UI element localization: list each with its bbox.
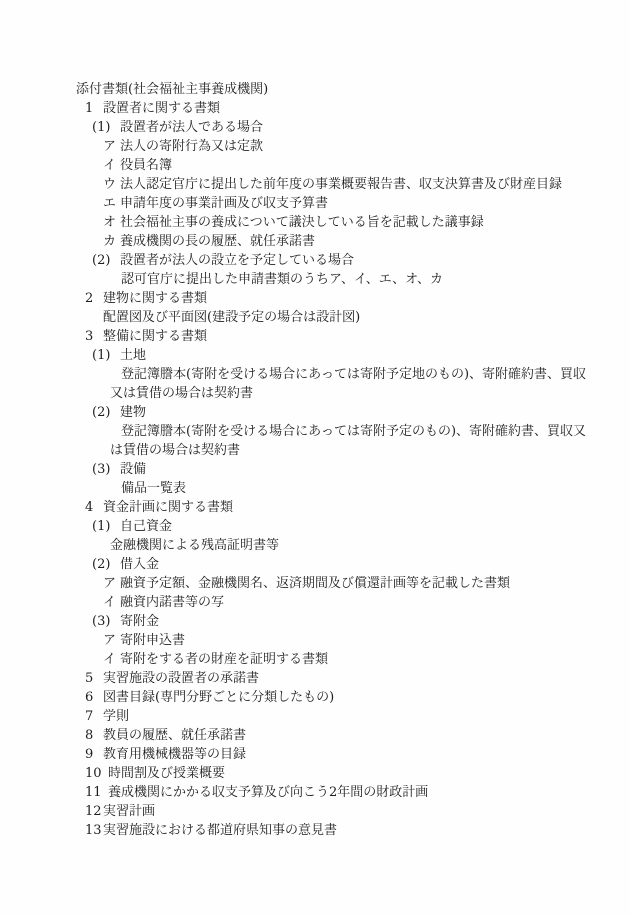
list-item: 6図書目録(専門分野ごとに分類したもの) [0,688,630,707]
list-item: ウ法人認定官庁に提出した前年度の事業概要報告書、収支決算書及び財産目録 [0,175,630,194]
list-item: 11養成機関にかかる収支予算及び向こう2年間の財政計画 [0,783,630,802]
list-item: (2)設置者が法人の設立を予定している場合 [0,251,630,270]
list-item-marker: (1) [92,118,120,137]
list-item: (1)土地 [0,346,630,365]
list-item: 5実習施設の設置者の承諾書 [0,669,630,688]
list-item-marker: ア [103,574,120,593]
list-item-marker: 2 [85,289,103,308]
line-text: 設備 [120,460,146,479]
line-text: 設置者が法人の設立を予定している場合 [120,251,354,270]
list-item-marker: イ [103,593,120,612]
list-item-marker: 7 [85,707,103,726]
list-item: ア融資予定額、金融機関名、返済期間及び償還計画等を記載した書類 [0,574,630,593]
line-text: 申請年度の事業計画及び収支予算書 [120,194,328,213]
line-text: 法人の寄附行為又は定款 [120,137,263,156]
line-text: 金融機関による残高証明書等 [110,536,279,555]
list-item-marker: 1 [85,99,103,118]
list-item-marker: 3 [85,327,103,346]
list-item: (2)借入金 [0,555,630,574]
line-text: 時間割及び授業概要 [108,764,225,783]
list-item-marker: イ [103,650,120,669]
list-item: (2)建物 [0,403,630,422]
list-item-marker: (3) [92,612,120,631]
list-item: 3整備に関する書類 [0,327,630,346]
list-item: 10時間割及び授業概要 [0,764,630,783]
list-item: 1設置者に関する書類 [0,99,630,118]
list-item-marker: 9 [85,745,103,764]
list-item-marker: 8 [85,726,103,745]
continuation-line: 登記簿謄本(寄附を受ける場合にあっては寄附予定のもの)、寄附確約書、買収又 [0,422,630,441]
list-item-marker: (2) [92,403,120,422]
line-text: 寄附金 [120,612,159,631]
list-item: エ申請年度の事業計画及び収支予算書 [0,194,630,213]
line-text: 土地 [120,346,146,365]
list-item: (1)自己資金 [0,517,630,536]
list-item: ア法人の寄附行為又は定款 [0,137,630,156]
line-text: 社会福祉主事の養成について議決している旨を記載した議事録 [120,213,484,232]
list-item-marker: (2) [92,251,120,270]
list-item: ア寄附申込書 [0,631,630,650]
continuation-line: 金融機関による残高証明書等 [0,536,630,555]
line-text: 配置図及び平面図(建設予定の場合は設計図) [103,308,360,327]
continuation-line: 登記簿謄本(寄附を受ける場合にあっては寄附予定地のもの)、寄附確約書、買収 [0,365,630,384]
line-text: 役員名簿 [120,156,172,175]
list-item-marker: (1) [92,517,120,536]
line-text: 登記簿謄本(寄附を受ける場合にあっては寄附予定地のもの)、寄附確約書、買収 [121,365,586,384]
list-item: カ養成機関の長の履歴、就任承諾書 [0,232,630,251]
list-item: 7学則 [0,707,630,726]
line-text: 設置者に関する書類 [103,99,220,118]
list-item: オ社会福祉主事の養成について議決している旨を記載した議事録 [0,213,630,232]
line-text: 教員の履歴、就任承諾書 [103,726,246,745]
list-item: 4資金計画に関する書類 [0,498,630,517]
document-body: 添付書類(社会福祉主事養成機関)1設置者に関する書類(1)設置者が法人である場合… [0,80,630,840]
line-text: 寄附をする者の財産を証明する書類 [120,650,328,669]
line-text: 実習施設の設置者の承諾書 [103,669,259,688]
line-text: 融資内諾書等の写 [120,593,224,612]
line-text: 建物 [120,403,146,422]
line-text: 学則 [103,707,129,726]
list-item-marker: カ [103,232,120,251]
line-text: 養成機関の長の履歴、就任承諾書 [120,232,315,251]
list-item-marker: 13 [85,821,103,840]
line-text: 養成機関にかかる収支予算及び向こう2年間の財政計画 [108,783,428,802]
continuation-line: 又は賃借の場合は契約書 [0,384,630,403]
list-item: イ寄附をする者の財産を証明する書類 [0,650,630,669]
list-item-marker: 4 [85,498,103,517]
line-text: 図書目録(専門分野ごとに分類したもの) [103,688,334,707]
list-item: 9教育用機械機器等の目録 [0,745,630,764]
list-item-marker: ア [103,137,120,156]
continuation-line: 認可官庁に提出した申請書類のうちア、イ、エ、オ、カ [0,270,630,289]
line-text: 資金計画に関する書類 [103,498,233,517]
list-item: 13実習施設における都道府県知事の意見書 [0,821,630,840]
list-item-marker: ウ [103,175,120,194]
line-text: は賃借の場合は契約書 [110,441,240,460]
list-item: (1)設置者が法人である場合 [0,118,630,137]
list-item: (3)寄附金 [0,612,630,631]
list-item-marker: (1) [92,346,120,365]
list-item-marker: イ [103,156,120,175]
list-item: イ役員名簿 [0,156,630,175]
list-item-marker: 6 [85,688,103,707]
line-text: 融資予定額、金融機関名、返済期間及び償還計画等を記載した書類 [120,574,510,593]
line-text: 借入金 [120,555,159,574]
list-item-marker: エ [103,194,120,213]
list-item: 12実習計画 [0,802,630,821]
list-item-marker: 11 [85,783,108,802]
list-item: 2建物に関する書類 [0,289,630,308]
list-item-marker: (2) [92,555,120,574]
list-item-marker: 10 [85,764,108,783]
line-text: 備品一覧表 [121,479,186,498]
line-text: 整備に関する書類 [103,327,207,346]
list-item: イ融資内諾書等の写 [0,593,630,612]
list-item-marker: オ [103,213,120,232]
line-text: 登記簿謄本(寄附を受ける場合にあっては寄附予定のもの)、寄附確約書、買収又 [121,422,586,441]
line-text: 設置者が法人である場合 [120,118,263,137]
line-text: 教育用機械機器等の目録 [103,745,246,764]
list-item-marker: 12 [85,802,103,821]
document-page: { "page": { "background_color": "#fefefe… [0,0,630,916]
continuation-line: 備品一覧表 [0,479,630,498]
list-item-marker: ア [103,631,120,650]
document-title: 添付書類(社会福祉主事養成機関) [0,80,630,99]
line-text: 実習計画 [103,802,155,821]
list-item-marker: (3) [92,460,120,479]
line-text: 実習施設における都道府県知事の意見書 [103,821,337,840]
line-text: 法人認定官庁に提出した前年度の事業概要報告書、収支決算書及び財産目録 [120,175,562,194]
line-text: 自己資金 [120,517,172,536]
continuation-line: は賃借の場合は契約書 [0,441,630,460]
line-text: 又は賃借の場合は契約書 [110,384,253,403]
list-item: 8教員の履歴、就任承諾書 [0,726,630,745]
list-item: (3)設備 [0,460,630,479]
line-text: 認可官庁に提出した申請書類のうちア、イ、エ、オ、カ [121,270,443,289]
document-title-text: 添付書類(社会福祉主事養成機関) [76,80,268,99]
line-text: 建物に関する書類 [103,289,207,308]
list-item-marker: 5 [85,669,103,688]
line-text: 寄附申込書 [120,631,185,650]
continuation-line: 配置図及び平面図(建設予定の場合は設計図) [0,308,630,327]
